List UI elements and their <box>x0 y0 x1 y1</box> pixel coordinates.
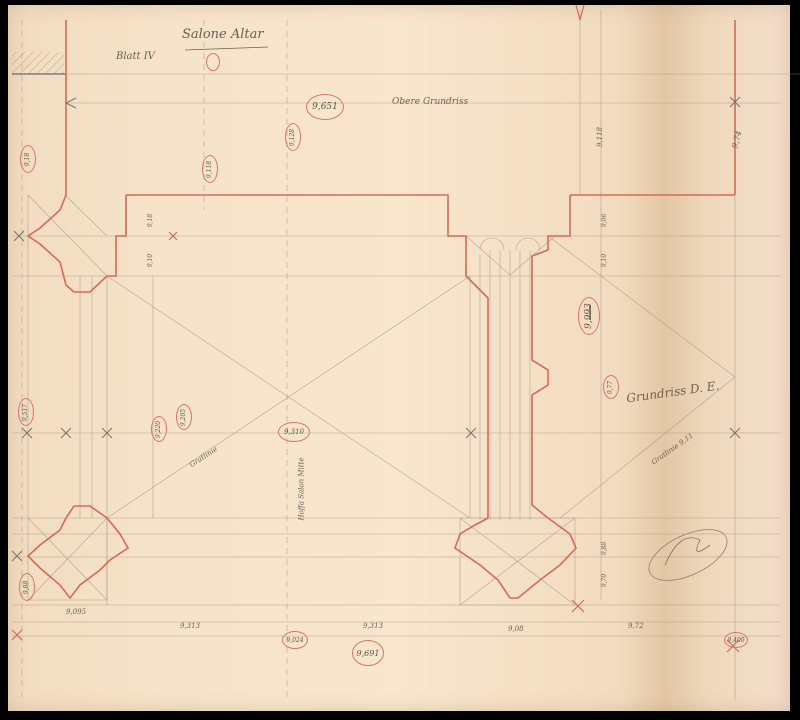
dim-inner-a: 9,220 <box>151 416 167 442</box>
dim-inner-b: 9,205 <box>176 404 192 430</box>
dim-base-right: 9,08 <box>508 625 524 633</box>
center-label: Hoffa Salon Mitte <box>298 457 306 520</box>
signature-ellipse <box>641 519 734 591</box>
top-plan-label: Obere Grundriss <box>392 97 468 107</box>
dim-base-left: 9,095 <box>66 608 86 616</box>
dim-left-lower: 9,88 <box>19 573 35 601</box>
construction-lines <box>12 10 800 700</box>
dim-bottom-far: 9,400 <box>724 632 748 648</box>
drawing-title: Salone Altar <box>182 27 264 42</box>
dim-step-b: 9,10 <box>147 254 154 267</box>
dim-step-f: 9,70 <box>601 574 608 587</box>
dim-center: 9,310 <box>278 422 310 442</box>
pencil-x-marks <box>12 97 740 561</box>
dim-title-mark: 9,18 <box>206 53 220 71</box>
red-x-marks <box>12 5 739 652</box>
drawing-sheet: Salone Altar Blatt IV Obere Grundriss Gr… <box>8 5 790 711</box>
dim-upper-b: 9,128 <box>285 123 301 151</box>
sheet-label: Blatt IV <box>116 51 155 62</box>
dim-upper-a: 9,118 <box>202 155 218 183</box>
wall-hatching <box>12 52 64 74</box>
dim-bottom-circ: 9,024 <box>282 631 308 649</box>
dim-right-inner: 9,77 <box>603 375 619 399</box>
dim-right-height: 9,993 <box>578 297 600 335</box>
dim-left-middle: 9,517 <box>18 398 34 426</box>
dim-bottom-mid: 9,313 <box>363 622 383 630</box>
dim-step-c: 9,06 <box>601 214 608 227</box>
floor-plan-drawing <box>0 0 800 720</box>
wall-outline-red <box>28 20 735 598</box>
dim-bottom-left: 9,313 <box>180 622 200 630</box>
dim-right-top: 9,118 <box>596 127 604 147</box>
dim-bottom-right: 9,72 <box>628 622 644 630</box>
dim-left-upper: 9,18 <box>20 145 36 173</box>
dim-step-e: 9,88 <box>601 542 608 555</box>
dim-top-total: 9,651 <box>306 94 344 120</box>
dim-step-a: 9,18 <box>147 214 154 227</box>
dim-step-d: 9,10 <box>601 254 608 267</box>
dim-bottom-total: 9,691 <box>352 640 384 666</box>
